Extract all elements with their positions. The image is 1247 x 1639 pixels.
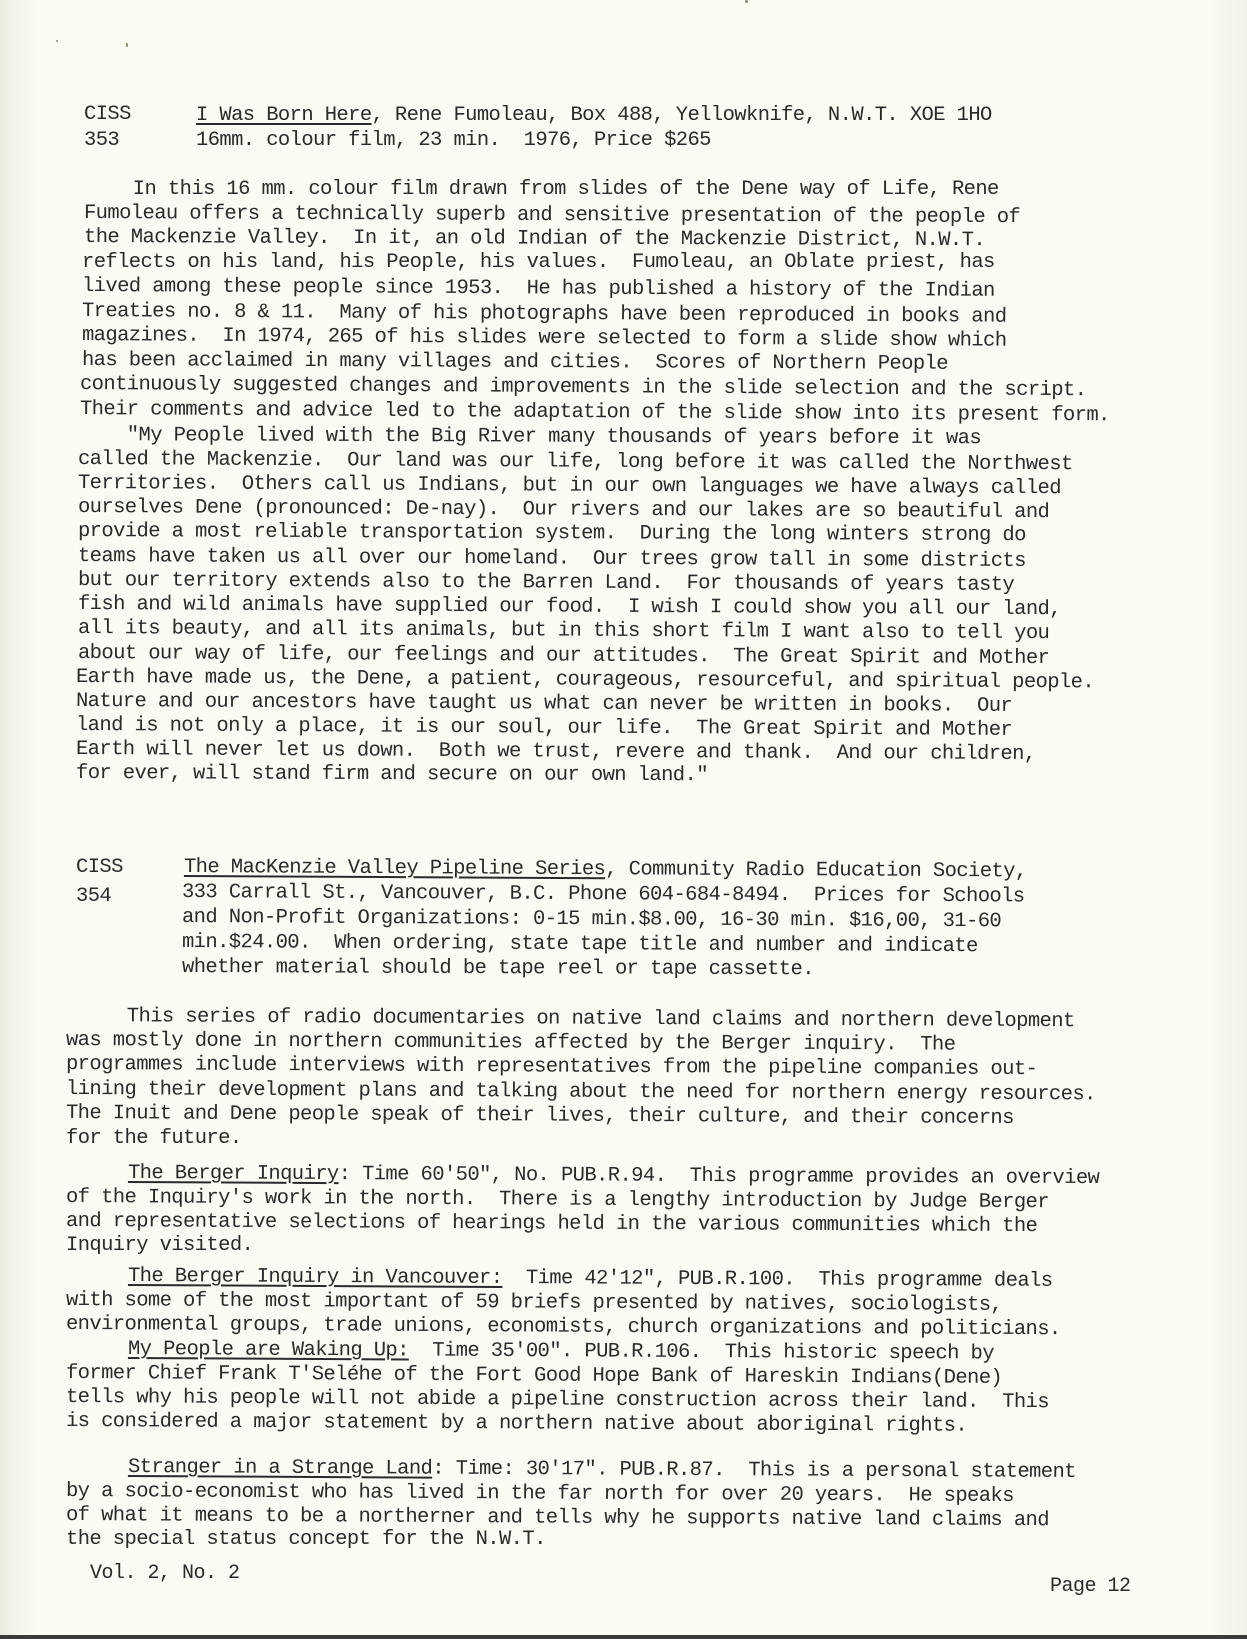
- body-line: reflects on his land, his People, his va…: [82, 251, 995, 275]
- paper-speck: [745, 0, 748, 3]
- programme-details: : Time: 30'17". PUB.R.87. This is a pers…: [432, 1458, 1076, 1484]
- footer-volume: Vol. 2, No. 2: [90, 1562, 240, 1586]
- entry-header-line-2: 16mm. colour film, 23 min. 1976, Price $…: [196, 129, 711, 153]
- body-line: lived among these people since 1953. He …: [82, 275, 995, 304]
- programme-title: The Berger Inquiry in Vancouver:: [128, 1265, 503, 1290]
- entry-header-line: min.$24.00. When ordering, state tape ti…: [182, 931, 978, 959]
- entry-header-line-1: I Was Born Here, Rene Fumoleau, Box 488,…: [196, 104, 992, 128]
- paper-speck: [126, 43, 128, 47]
- paper-speck: [56, 40, 58, 42]
- programme-title: The Berger Inquiry: [128, 1162, 339, 1186]
- entry-header-line: and Non-Profit Organizations: 0-15 min.$…: [182, 906, 1001, 934]
- body-line: In this 16 mm. colour film drawn from sl…: [86, 178, 999, 202]
- body-line: the Mackenzie Valley. In it, an old Indi…: [84, 226, 985, 253]
- body-line: "My People lived with the Big River many…: [80, 424, 981, 451]
- entry-id-number: 354: [76, 885, 111, 909]
- body-line: has been acclaimed in many villages and …: [82, 349, 948, 377]
- entry-id-number: 353: [84, 129, 119, 153]
- body-line: all its beauty, and all its animals, but…: [78, 617, 1049, 646]
- programme-details: : Time 60'50", No. PUB.R.94. This progra…: [339, 1163, 1100, 1190]
- entry-id-label: CISS: [84, 103, 131, 127]
- programme-title: My People are Waking Up:: [128, 1338, 409, 1362]
- programme-line: Inquiry visited.: [66, 1234, 253, 1258]
- entry-header-line: whether material should be tape reel or …: [182, 956, 814, 982]
- programme-title: Stranger in a Strange Land: [128, 1456, 432, 1481]
- programme-details: Time 42'12", PUB.R.100. This programme d…: [502, 1267, 1052, 1293]
- entry-publisher: , Community Radio Education Society,: [605, 858, 1026, 883]
- intro-line: for the future.: [66, 1127, 242, 1151]
- programme-line: is considered a major statement by a nor…: [66, 1410, 967, 1439]
- entry-title: The MacKenzie Valley Pipeline Series: [184, 856, 605, 881]
- programme-line: the special status concept for the N.W.T…: [66, 1528, 546, 1552]
- body-line: provide a most reliable transportation s…: [78, 520, 1026, 548]
- entry-header-line: 333 Carrall St., Vancouver, B.C. Phone 6…: [182, 881, 1025, 909]
- footer-page-number: Page 12: [1050, 1575, 1131, 1599]
- body-line: for ever, will stand firm and secure on …: [76, 762, 708, 788]
- entry-publisher: , Rene Fumoleau, Box 488, Yellowknife, N…: [372, 104, 992, 127]
- programme-details: Time 35'00". PUB.R.106. This historic sp…: [409, 1339, 994, 1365]
- entry-header-line-1: The MacKenzie Valley Pipeline Series, Co…: [184, 856, 1027, 884]
- entry-title: I Was Born Here: [196, 104, 372, 127]
- entry-id-label: CISS: [76, 856, 123, 880]
- intro-line: programmes include interviews with repre…: [66, 1053, 1037, 1082]
- scanned-page: CISS 353 I Was Born Here, Rene Fumoleau,…: [0, 0, 1247, 1639]
- page-bottom-edge: [0, 1635, 1247, 1639]
